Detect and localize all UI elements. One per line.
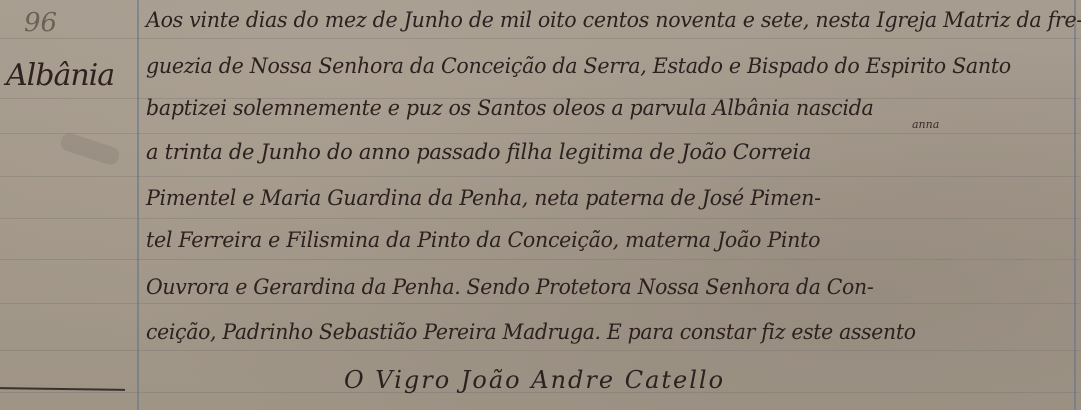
body-line-5: Pimentel e Maria Guardina da Penha, neta…: [146, 186, 821, 210]
ruled-line: [0, 350, 1081, 351]
ruled-line: [0, 38, 1081, 39]
ruled-line: [0, 259, 1081, 260]
body-line-4: a trinta de Junho do anno passado filha …: [146, 140, 811, 164]
ruled-line: [0, 218, 1081, 219]
left-margin-rule: [137, 0, 139, 410]
priest-signature: O Vigro João Andre Catello: [344, 366, 725, 394]
entry-number: 96: [24, 8, 57, 38]
ruled-line: [0, 176, 1081, 177]
body-line-1: Aos vinte dias do mez de Junho de mil oi…: [146, 8, 1081, 32]
ruled-line: [0, 303, 1081, 304]
body-line-3: baptizei solemnemente e puz os Santos ol…: [146, 96, 874, 120]
ink-smudge: [59, 131, 122, 167]
inserted-word: anna: [912, 118, 939, 131]
body-line-8: ceição, Padrinho Sebastião Pereira Madru…: [146, 320, 916, 344]
right-margin-rule: [1074, 0, 1076, 410]
entry-separator-line: [0, 387, 125, 391]
body-line-2: guezia de Nossa Senhora da Conceição da …: [146, 54, 1011, 78]
body-line-6: tel Ferreira e Filismina da Pinto da Con…: [146, 228, 820, 252]
body-line-7: Ouvrora e Gerardina da Penha. Sendo Prot…: [146, 275, 873, 299]
ruled-line: [0, 133, 1081, 134]
entry-name: Albânia: [6, 58, 114, 93]
register-page: 96 Albânia Aos vinte dias do mez de Junh…: [0, 0, 1081, 410]
